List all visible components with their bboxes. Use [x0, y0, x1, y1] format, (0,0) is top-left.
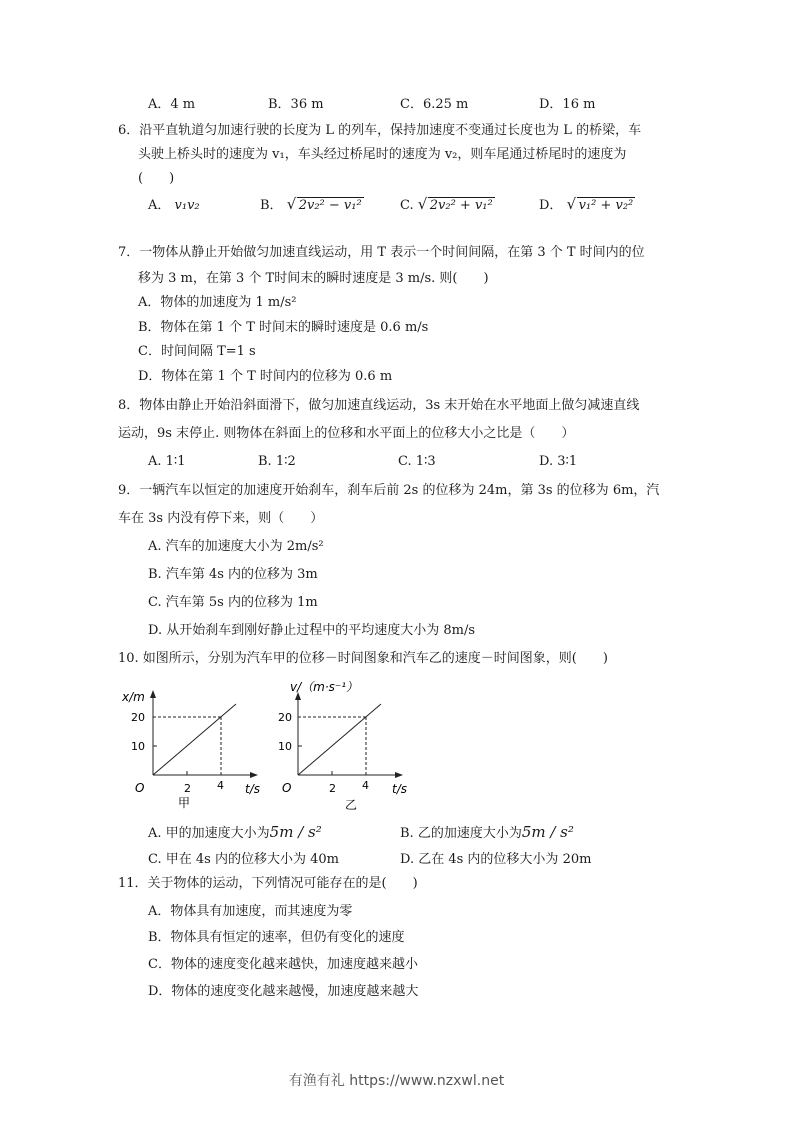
- q6-stem-line3: ( ): [138, 170, 174, 188]
- q9-option-b: B. 汽车第 4s 内的位移为 3m: [148, 566, 318, 584]
- chart-yi-origin: O: [282, 781, 291, 795]
- q8-stem-line1: 8．物体由静止开始沿斜面滑下，做匀加速直线运动，3s 末开始在水平地面上做匀减速…: [118, 397, 639, 415]
- q8-option-b: B. 1∶2: [258, 453, 296, 471]
- q10-option-a: A. 甲的加速度大小为5m / s²: [148, 823, 322, 843]
- chart-yi-velocity-time: v/（m·s⁻¹） 20 10 O 2 4 t/s 乙: [255, 675, 425, 815]
- q7-option-b: B．物体在第 1 个 T 时间末的瞬时速度是 0.6 m/s: [138, 319, 428, 337]
- sqrt-symbol-icon: v₁² + v₂²: [567, 197, 636, 215]
- q6-option-c-label: C.: [400, 198, 414, 213]
- q7-stem-line1: 7．一物体从静止开始做匀加速直线运动，用 T 表示一个时间间隔，在第 3 个 T…: [118, 244, 645, 262]
- q11-option-d: D．物体的速度变化越来越慢，加速度越来越大: [148, 983, 418, 1001]
- q5-option-c: C．6.25 m: [400, 96, 468, 114]
- q6-option-d-formula: v₁² + v₂²: [577, 197, 636, 213]
- q11-option-a: A．物体具有加速度，而其速度为零: [148, 903, 352, 921]
- x-axis-arrow-icon: [395, 772, 403, 778]
- q7-option-d: D．物体在第 1 个 T 时间内的位移为 0.6 m: [138, 368, 392, 386]
- q8-stem-line2: 运动，9s 末停止. 则物体在斜面上的位移和水平面上的位移大小之比是（ ）: [118, 425, 574, 443]
- q6-option-c: C. 2v₂² + v₁²: [400, 197, 495, 215]
- q10-option-c: C. 甲在 4s 内的位移大小为 40m: [148, 851, 339, 869]
- q9-stem-line1: 9．一辆汽车以恒定的加速度开始刹车，刹车后前 2s 的位移为 24m，第 3s …: [118, 482, 659, 500]
- chart-yi-line: [298, 704, 381, 775]
- q8-option-d: D. 3∶1: [539, 453, 577, 471]
- q8-option-a: A. 1∶1: [148, 453, 186, 471]
- q10-option-a-text: A. 甲的加速度大小为: [148, 826, 270, 841]
- chart-yi-xtick-4: 4: [362, 779, 369, 792]
- q9-option-c: C. 汽车第 5s 内的位移为 1m: [148, 594, 318, 612]
- q6-option-a-label: A．: [148, 198, 170, 213]
- q6-option-d: D． v₁² + v₂²: [539, 197, 635, 215]
- chart-jia-xtick-2: 2: [184, 782, 191, 795]
- chart-jia-ylabel: x/m: [121, 690, 145, 704]
- chart-yi-title: 乙: [345, 798, 357, 812]
- q9-option-d: D. 从开始刹车到刚好静止过程中的平均速度大小为 8m/s: [148, 622, 475, 640]
- chart-jia-line: [153, 704, 236, 775]
- q5-option-d: D．16 m: [539, 96, 595, 114]
- chart-jia-title: 甲: [178, 796, 190, 810]
- q10-option-b-text: B. 乙的加速度大小为: [400, 826, 522, 841]
- q6-option-b-formula: 2v₂² − v₁²: [297, 197, 364, 213]
- chart-yi-xlabel: t/s: [392, 782, 407, 796]
- q6-option-a: A． v₁v₂: [148, 197, 200, 215]
- q6-option-b-label: B．: [260, 198, 283, 213]
- q10-option-b-unit: 5m / s²: [522, 823, 574, 841]
- q11-option-c: C．物体的速度变化越来越快，加速度越来越小: [148, 956, 418, 974]
- q11-option-b: B．物体具有恒定的速率，但仍有变化的速度: [148, 929, 405, 947]
- q10-option-a-unit: 5m / s²: [270, 823, 322, 841]
- q7-option-a: A．物体的加速度为 1 m/s²: [138, 294, 297, 312]
- q10-option-d: D. 乙在 4s 内的位移大小为 20m: [400, 851, 591, 869]
- y-axis-arrow-icon: [150, 690, 156, 698]
- q6-stem-line1: 6．沿平直轨道匀加速行驶的长度为 L 的列车，保持加速度不变通过长度也为 L 的…: [118, 122, 641, 140]
- chart-jia-origin: O: [135, 781, 144, 795]
- q10-option-b: B. 乙的加速度大小为5m / s²: [400, 823, 574, 843]
- chart-jia-ytick-10: 10: [131, 740, 145, 753]
- chart-yi-ytick-20: 20: [278, 711, 292, 724]
- q6-option-b: B． 2v₂² − v₁²: [260, 197, 364, 215]
- chart-jia-xtick-4: 4: [217, 779, 224, 792]
- q8-option-c: C. 1∶3: [398, 453, 436, 471]
- sqrt-symbol-icon: 2v₂² − v₁²: [287, 197, 364, 215]
- chart-jia-position-time: x/m 20 10 O 2 4 t/s 甲: [110, 675, 260, 815]
- chart-jia-ytick-20: 20: [131, 711, 145, 724]
- footer-watermark: 有渔有礼 https://www.nzxwl.net: [0, 1070, 793, 1090]
- chart-yi-ylabel: v/（m·s⁻¹）: [290, 680, 358, 694]
- q7-option-c: C．时间间隔 T=1 s: [138, 343, 256, 361]
- q6-option-a-formula: v₁v₂: [175, 198, 200, 213]
- q9-option-a: A. 汽车的加速度大小为 2m/s²: [148, 538, 324, 556]
- q6-option-d-label: D．: [539, 198, 562, 213]
- chart-yi-ytick-10: 10: [278, 740, 292, 753]
- q10-stem: 10. 如图所示，分别为汽车甲的位移－时间图象和汽车乙的速度－时间图象，则( ): [118, 650, 608, 668]
- q9-stem-line2: 车在 3s 内没有停下来，则（ ）: [118, 510, 323, 528]
- q11-stem: 11．关于物体的运动，下列情况可能存在的是( ): [118, 875, 418, 893]
- q7-stem-line2: 移为 3 m，在第 3 个 T时间末的瞬时速度是 3 m/s. 则( ): [138, 270, 489, 288]
- q5-option-a: A．4 m: [148, 96, 195, 114]
- chart-yi-xtick-2: 2: [329, 782, 336, 795]
- q6-option-c-formula: 2v₂² + v₁²: [428, 197, 495, 213]
- sqrt-symbol-icon: 2v₂² + v₁²: [418, 197, 495, 215]
- q5-option-b: B．36 m: [268, 96, 324, 114]
- q6-stem-line2: 头驶上桥头时的速度为 v₁，车头经过桥尾时的速度为 v₂，则车尾通过桥尾时的速度…: [138, 146, 626, 164]
